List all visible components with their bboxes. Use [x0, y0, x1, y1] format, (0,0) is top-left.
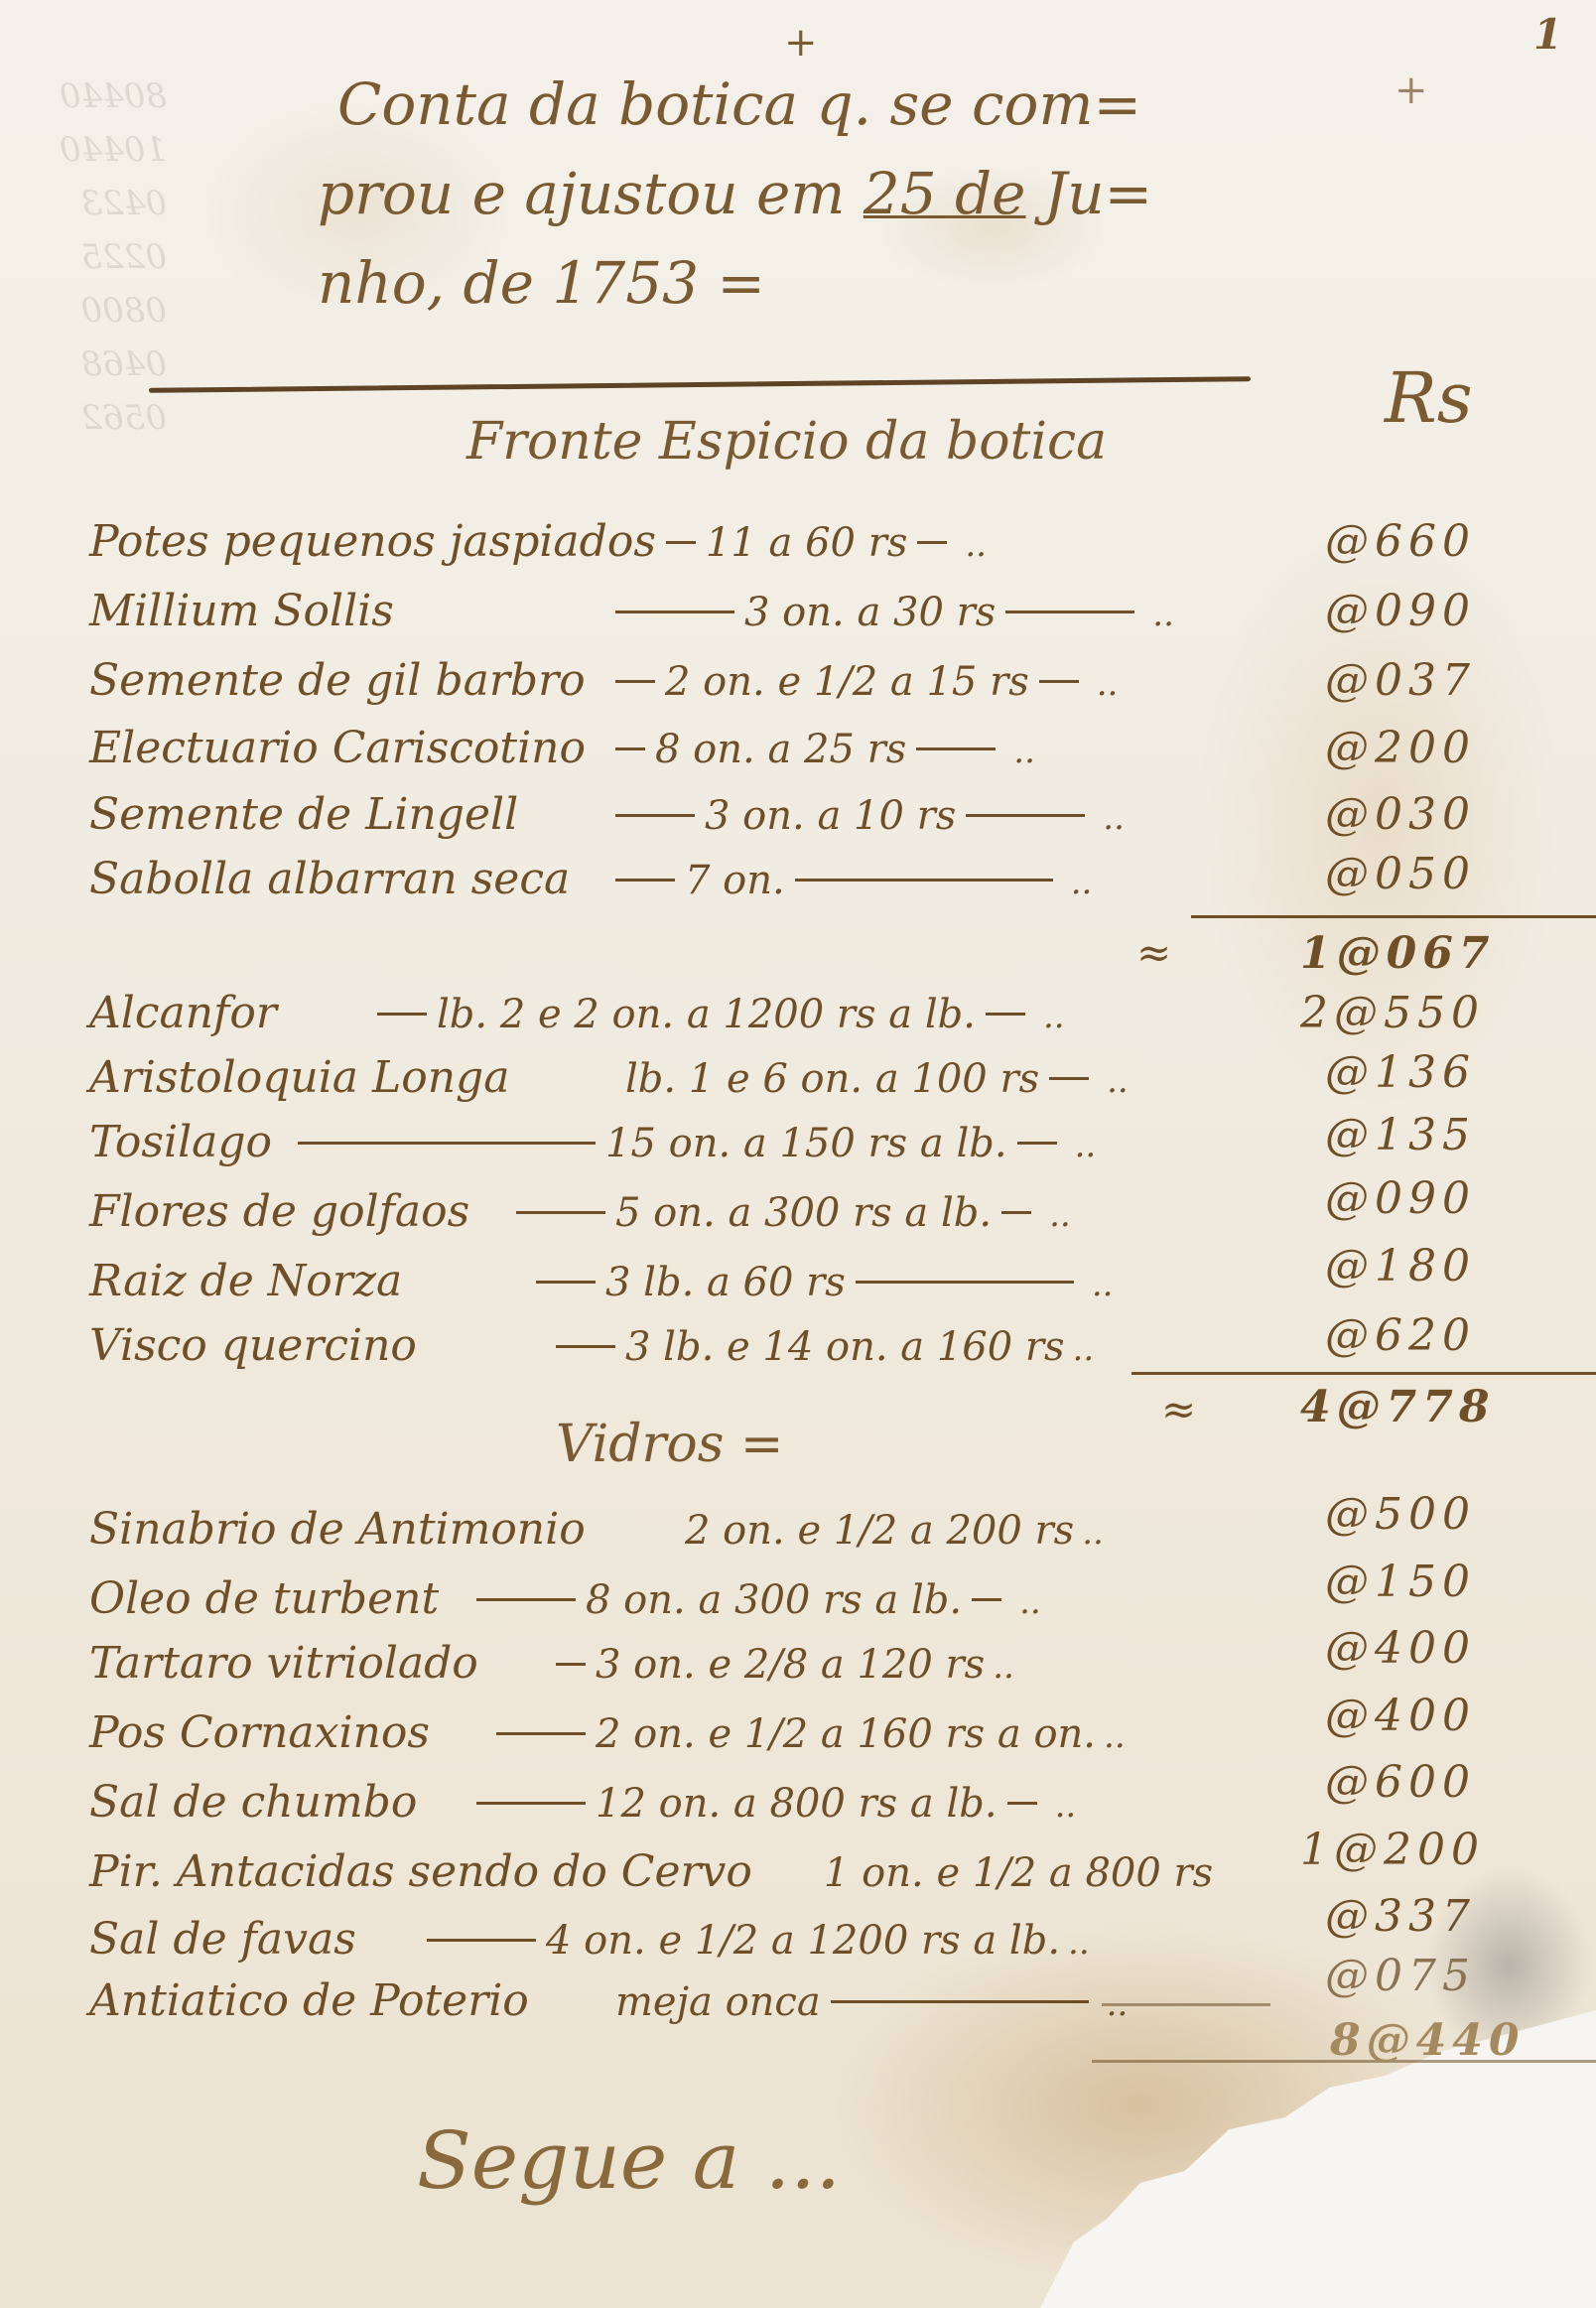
ditto-mark: .. — [1013, 732, 1035, 771]
item-amount: @500 — [1325, 1489, 1573, 1540]
ditto-mark: .. — [1092, 1265, 1114, 1304]
leader-dash — [476, 1802, 586, 1805]
item-quantity: 3 on. a 10 rs — [705, 793, 956, 839]
leader-dash — [1005, 611, 1134, 613]
total-rule — [1102, 2003, 1270, 2006]
title-line-2-start: prou e ajustou em — [318, 160, 864, 227]
title-divider — [149, 376, 1251, 393]
item-amount: @400 — [1325, 1691, 1573, 1741]
item-name: Sal de chumbo — [89, 1777, 466, 1828]
item-amount: @150 — [1325, 1557, 1573, 1607]
item-amount: @400 — [1325, 1623, 1573, 1674]
bleed-through-value: 0468 — [18, 338, 167, 391]
item-quantity: 3 lb. e 14 on. a 160 rs — [625, 1324, 1065, 1370]
item-quantity: 8 on. a 25 rs — [655, 727, 906, 772]
bleed-through-value: 0800 — [18, 284, 167, 338]
manuscript-page: 80440 10440 0423 0225 0800 0468 0562 + +… — [0, 0, 1596, 2308]
item-name: Pos Cornaxinos — [89, 1707, 486, 1758]
item-name: Sabolla albarran seca — [89, 854, 605, 904]
leader-dash — [917, 541, 947, 544]
carry-mark: ≈ — [1136, 928, 1171, 977]
item-amount: @180 — [1325, 1241, 1573, 1291]
leader-dash — [856, 1281, 1074, 1284]
leader-dash — [476, 1598, 576, 1601]
leader-dash — [916, 747, 996, 750]
section-total-amount: 8@440 — [1330, 2015, 1578, 2066]
item-quantity: 5 on. a 300 rs a lb. — [615, 1190, 992, 1236]
item-quantity: lb. 2 e 2 on. a 1200 rs a lb. — [437, 992, 976, 1037]
item-quantity: 2 on. e 1/2 a 15 rs — [665, 659, 1029, 705]
item-amount: @075 — [1325, 1951, 1573, 2001]
item-name: Sal de favas — [89, 1914, 417, 1965]
leader-dash — [1007, 1802, 1037, 1805]
margin-cross-mark: + — [1395, 68, 1428, 113]
item-name: Tosilago — [89, 1117, 288, 1167]
leader-dash — [831, 2000, 1089, 2003]
ditto-mark: .. — [1075, 1126, 1097, 1165]
leader-dash — [615, 814, 695, 817]
bleed-through-numbers: 80440 10440 0423 0225 0800 0468 0562 — [18, 69, 167, 445]
currency-sign: Rs — [1385, 357, 1473, 439]
ditto-mark: .. — [1055, 1786, 1077, 1826]
title-line-3: nho, de 1753 = — [318, 238, 1270, 328]
item-amount: 1@200 — [1300, 1825, 1548, 1875]
item-quantity: 3 lb. a 60 rs — [605, 1260, 846, 1305]
item-name: Antiatico de Poterio — [89, 1975, 615, 2026]
continuation-note: Segue a ... — [417, 2114, 841, 2207]
item-amount: 2@550 — [1300, 988, 1548, 1038]
bleed-through-value: 10440 — [18, 123, 167, 177]
ditto-mark: .. — [1068, 1923, 1090, 1963]
item-amount: @030 — [1325, 789, 1573, 840]
item-quantity: 11 a 60 rs — [706, 520, 907, 566]
folio-number: 1 — [1533, 10, 1562, 59]
item-quantity: 8 on. a 300 rs a lb. — [586, 1577, 962, 1623]
item-quantity: 1 on. e 1/2 a 800 rs — [824, 1850, 1213, 1896]
total-rule — [1131, 1372, 1596, 1375]
leader-dash — [615, 680, 655, 683]
item-amount: @200 — [1325, 723, 1573, 773]
section-heading-vidros: Vidros = — [556, 1415, 784, 1474]
leader-dash — [1049, 1077, 1089, 1080]
leader-dash — [496, 1732, 586, 1735]
item-quantity: meja onca — [615, 1979, 821, 2025]
item-quantity: lb. 1 e 6 on. a 100 rs — [625, 1056, 1039, 1102]
item-name: Visco quercino — [89, 1320, 546, 1371]
ditto-mark: .. — [1071, 863, 1093, 902]
ditto-mark: .. — [1043, 997, 1065, 1036]
item-quantity: 15 on. a 150 rs a lb. — [605, 1121, 1007, 1166]
item-amount: @090 — [1325, 1173, 1573, 1224]
item-name: Sinabrio de Antimonio — [89, 1504, 685, 1555]
ditto-mark: .. — [1107, 1061, 1129, 1101]
item-name: Flores de golfaos — [89, 1186, 506, 1237]
item-quantity: 2 on. e 1/2 a 200 rs — [685, 1508, 1074, 1554]
item-quantity: 3 on. a 30 rs — [744, 590, 996, 635]
item-name: Pir. Antacidas sendo do Cervo — [89, 1846, 824, 1897]
item-name: Oleo de turbent — [89, 1573, 466, 1624]
item-amount: @090 — [1325, 586, 1573, 636]
leader-dash — [615, 611, 734, 613]
ditto-mark: .. — [1103, 798, 1125, 838]
item-amount: @135 — [1325, 1110, 1573, 1160]
item-amount: @620 — [1325, 1310, 1573, 1361]
item-quantity: 3 on. e 2/8 a 120 rs — [596, 1642, 985, 1688]
item-amount: @600 — [1325, 1757, 1573, 1808]
item-amount: @050 — [1325, 849, 1573, 899]
leader-dash — [1039, 680, 1079, 683]
leader-dash — [516, 1211, 605, 1214]
leader-dash — [966, 814, 1085, 817]
title-line-2-end: Ju= — [1026, 160, 1153, 227]
item-name: Potes pequenos jaspiados — [89, 516, 656, 567]
title-line-2: prou e ajustou em 25 de Ju= — [318, 149, 1270, 238]
ditto-mark: .. — [1097, 664, 1119, 704]
item-name: Alcanfor — [89, 988, 367, 1038]
leader-dash — [556, 1345, 615, 1348]
item-name: Raiz de Norza — [89, 1256, 526, 1306]
leader-dash — [986, 1013, 1025, 1016]
ditto-mark: .. — [993, 1647, 1014, 1687]
ditto-mark: .. — [1152, 595, 1174, 634]
leader-dash — [556, 1663, 586, 1666]
section-heading-fronte-espicio: Fronte Espicio da botica — [466, 412, 1107, 472]
leader-dash — [972, 1598, 1001, 1601]
leader-dash — [536, 1281, 596, 1284]
subtotal-amount: 1@067 — [1300, 928, 1548, 979]
ditto-mark: .. — [1019, 1582, 1041, 1622]
title-line-1: Conta da botica q. se com= — [318, 60, 1270, 149]
ditto-mark: .. — [1073, 1329, 1095, 1369]
item-name: Tartaro vitriolado — [89, 1638, 546, 1689]
leader-dash — [298, 1142, 596, 1145]
leader-dash — [427, 1939, 536, 1942]
item-name: Semente de gil barbro — [89, 655, 605, 706]
leader-dash — [377, 1013, 427, 1016]
bleed-through-value: 0225 — [18, 230, 167, 284]
ditto-mark: .. — [965, 525, 987, 565]
item-quantity: 4 on. e 1/2 a 1200 rs a lb. — [546, 1918, 1060, 1964]
item-name: Electuario Cariscotino — [89, 723, 605, 773]
bleed-through-value: 0562 — [18, 391, 167, 445]
leader-dash — [795, 879, 1053, 882]
ditto-mark: .. — [1049, 1195, 1071, 1235]
ditto-mark: .. — [1082, 1513, 1104, 1553]
item-quantity: 7 on. — [685, 858, 785, 903]
leader-dash — [615, 747, 645, 750]
item-amount: @037 — [1325, 655, 1573, 706]
document-title: Conta da botica q. se com= prou e ajusto… — [318, 60, 1270, 328]
item-name: Millium Sollis — [89, 586, 605, 636]
item-amount: @136 — [1325, 1047, 1573, 1098]
section-total-amount: 4@778 — [1300, 1382, 1548, 1432]
bleed-through-value: 0423 — [18, 177, 167, 230]
bleed-through-value: 80440 — [18, 69, 167, 123]
subtotal-rule — [1191, 915, 1596, 918]
item-amount: @337 — [1325, 1891, 1573, 1942]
leader-dash — [666, 541, 696, 544]
item-name: Semente de Lingell — [89, 789, 605, 840]
item-quantity: 12 on. a 800 rs a lb. — [596, 1781, 997, 1827]
item-amount: @660 — [1325, 516, 1573, 567]
item-name: Aristoloquia Longa — [89, 1052, 625, 1103]
leader-dash — [1017, 1142, 1057, 1145]
ditto-mark: .. — [1104, 1716, 1126, 1756]
title-date: 25 de — [864, 160, 1026, 227]
item-quantity: 2 on. e 1/2 a 160 rs a on. — [596, 1711, 1096, 1757]
leader-dash — [1001, 1211, 1031, 1214]
leader-dash — [615, 879, 675, 882]
carry-mark: ≈ — [1161, 1385, 1196, 1433]
